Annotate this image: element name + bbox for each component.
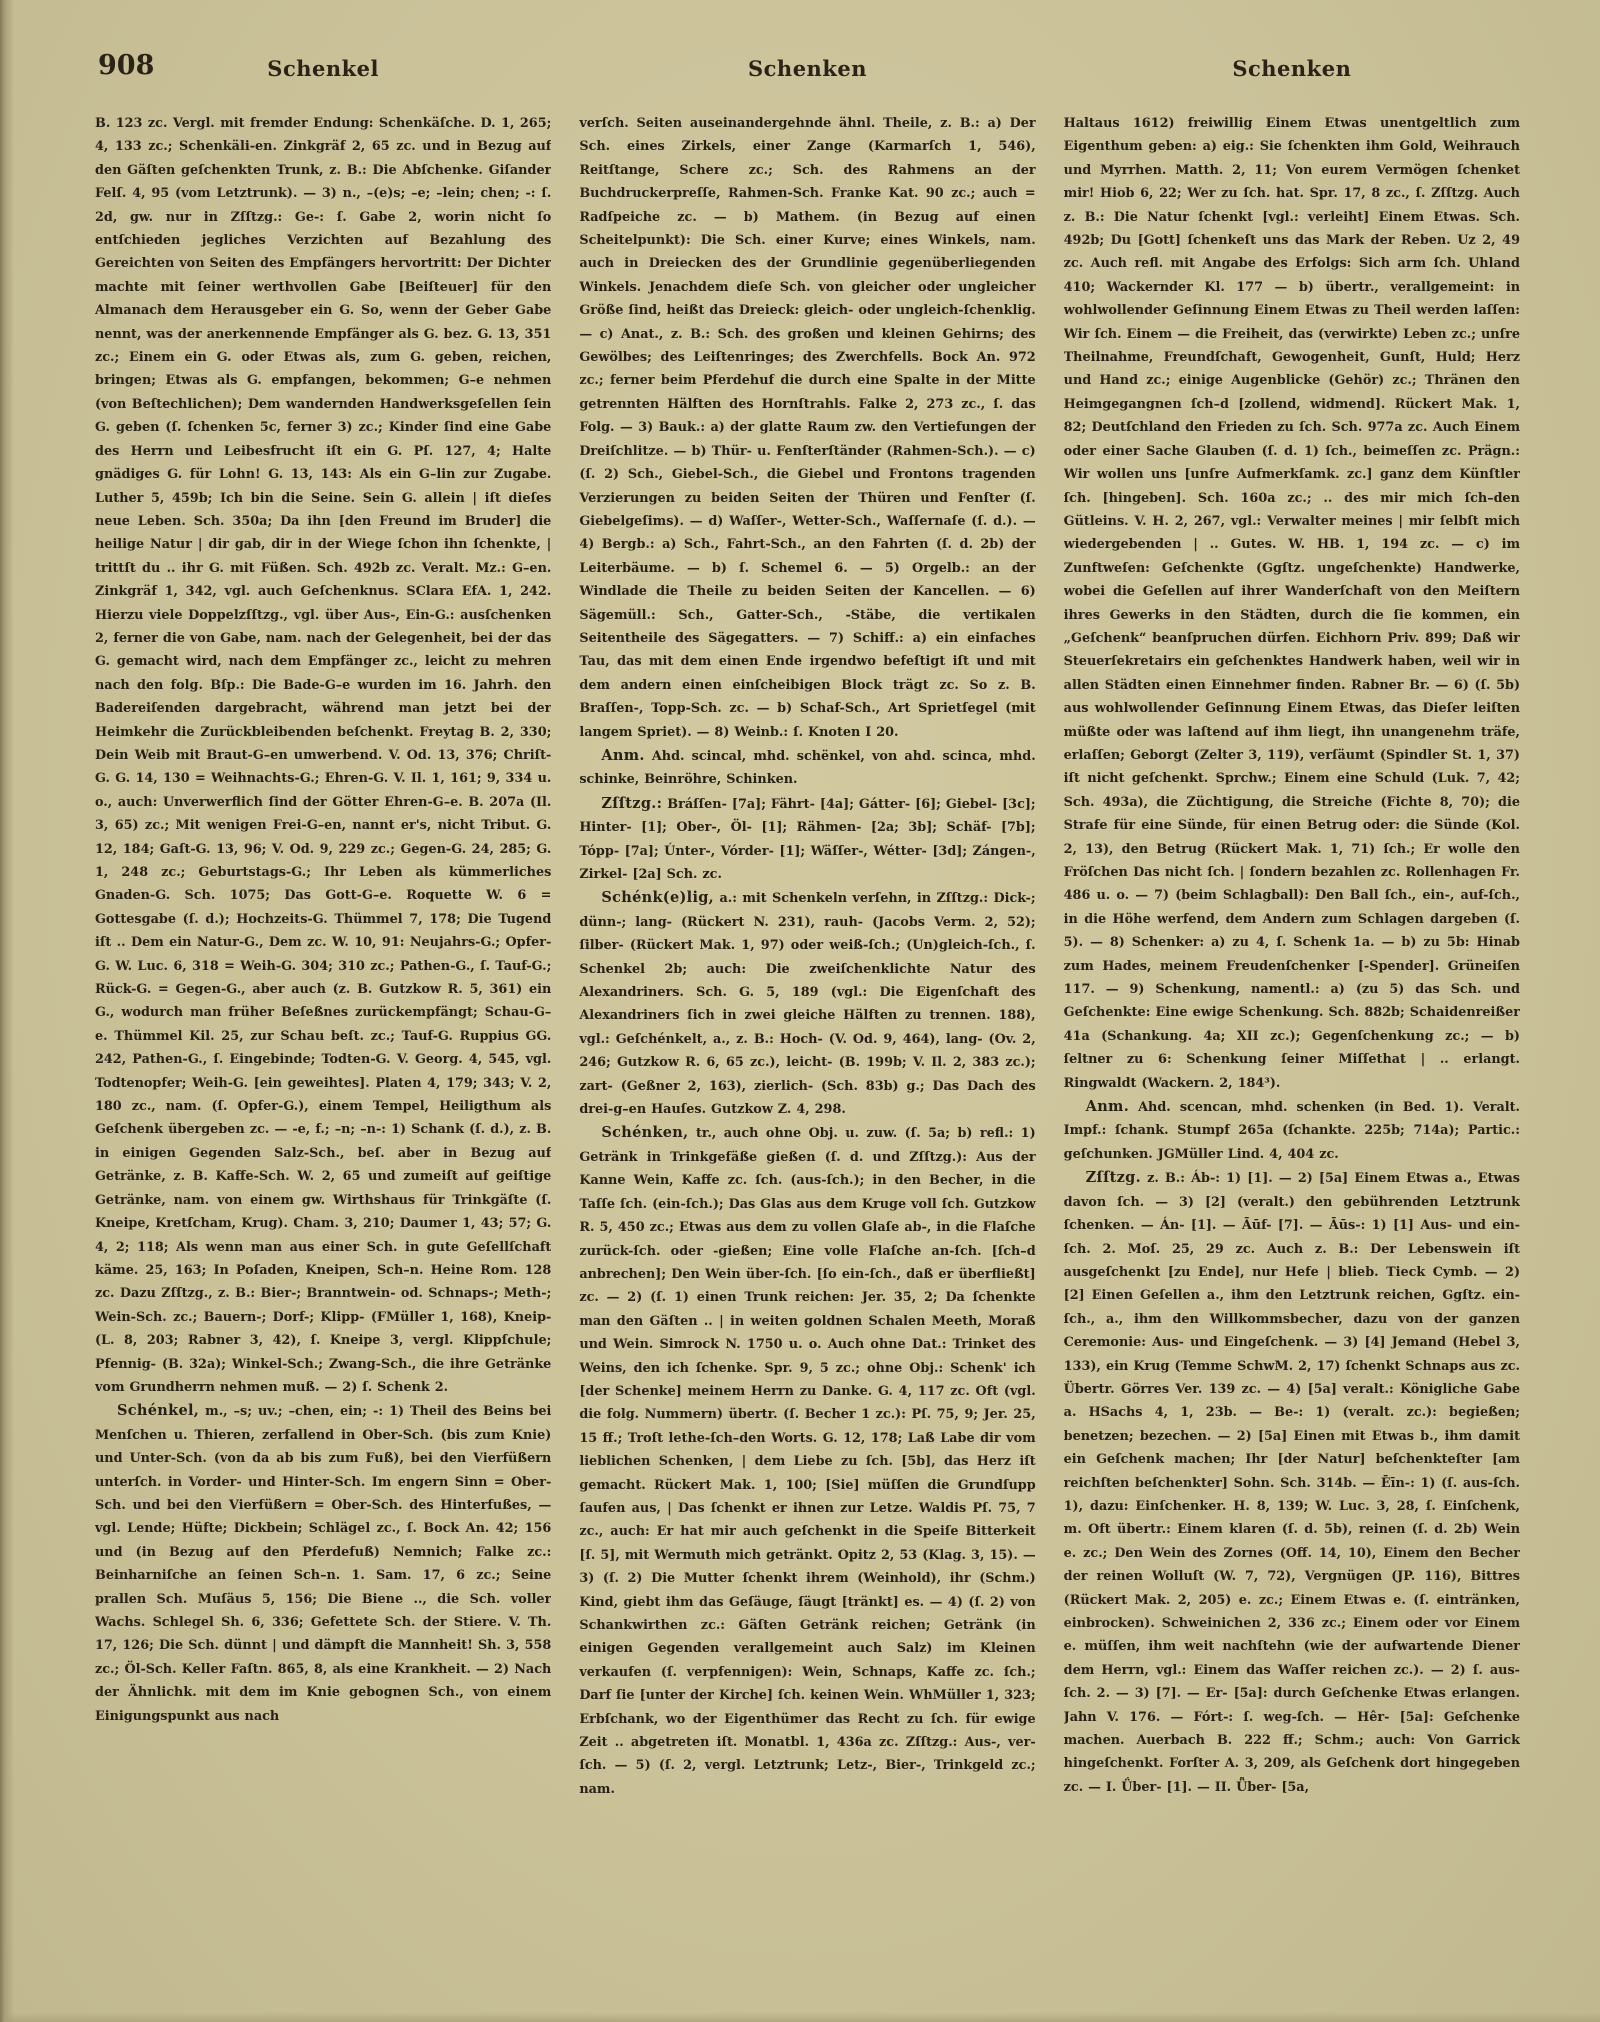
paragraph: Zſſtzg.: Bráſſen- [7a]; Fährt- [4a]; Gát…	[579, 792, 1035, 887]
running-title-left: Schenkel	[95, 56, 551, 81]
entry-headword: Schénk(e)lig,	[601, 889, 714, 906]
paragraph: Schénkel, m., –s; uv.; –chen, ein; -: 1)…	[95, 1399, 551, 1728]
paragraph: Zſſtzg. z. B.: Áb-: 1) [1]. — 2) [5a] Ei…	[1064, 1166, 1520, 1799]
paragraph: verſch. Seiten auseinandergehnde ähnl. T…	[579, 112, 1035, 744]
text-column-3: Haltaus 1612) freiwillig Einem Etwas une…	[1064, 112, 1520, 1932]
entry-headword: Anm.	[601, 747, 644, 764]
paragraph: B. 123 zc. Vergl. mit fremder Endung: Sc…	[95, 112, 551, 1399]
paragraph: Schénken, tr., auch ohne Obj. u. zuw. (ſ…	[579, 1121, 1035, 1801]
running-title-right: Schenken	[1064, 56, 1520, 81]
dictionary-page: 908 Schenkel Schenken Schenken B. 123 zc…	[0, 0, 1600, 2022]
paragraph: Anm. Ahd. scencan, mhd. schenken (in Bed…	[1064, 1095, 1520, 1166]
paragraph: Haltaus 1612) freiwillig Einem Etwas une…	[1064, 112, 1520, 1095]
entry-headword: Schénkel,	[117, 1402, 199, 1419]
paragraph: Anm. Ahd. scincal, mhd. schënkel, von ah…	[579, 744, 1035, 792]
entry-headword: Schénken,	[601, 1124, 688, 1141]
entry-headword: Zſſtzg.	[1086, 1169, 1141, 1186]
page-header: Schenkel Schenken Schenken	[95, 56, 1520, 81]
entry-headword: Anm.	[1086, 1098, 1129, 1115]
running-title-center: Schenken	[579, 56, 1035, 81]
text-column-1: B. 123 zc. Vergl. mit fremder Endung: Sc…	[95, 112, 551, 1932]
text-columns: B. 123 zc. Vergl. mit fremder Endung: Sc…	[95, 112, 1520, 1932]
entry-headword: Zſſtzg.:	[601, 795, 662, 812]
text-column-2: verſch. Seiten auseinandergehnde ähnl. T…	[579, 112, 1035, 1932]
paragraph: Schénk(e)lig, a.: mit Schenkeln verſehn,…	[579, 886, 1035, 1121]
